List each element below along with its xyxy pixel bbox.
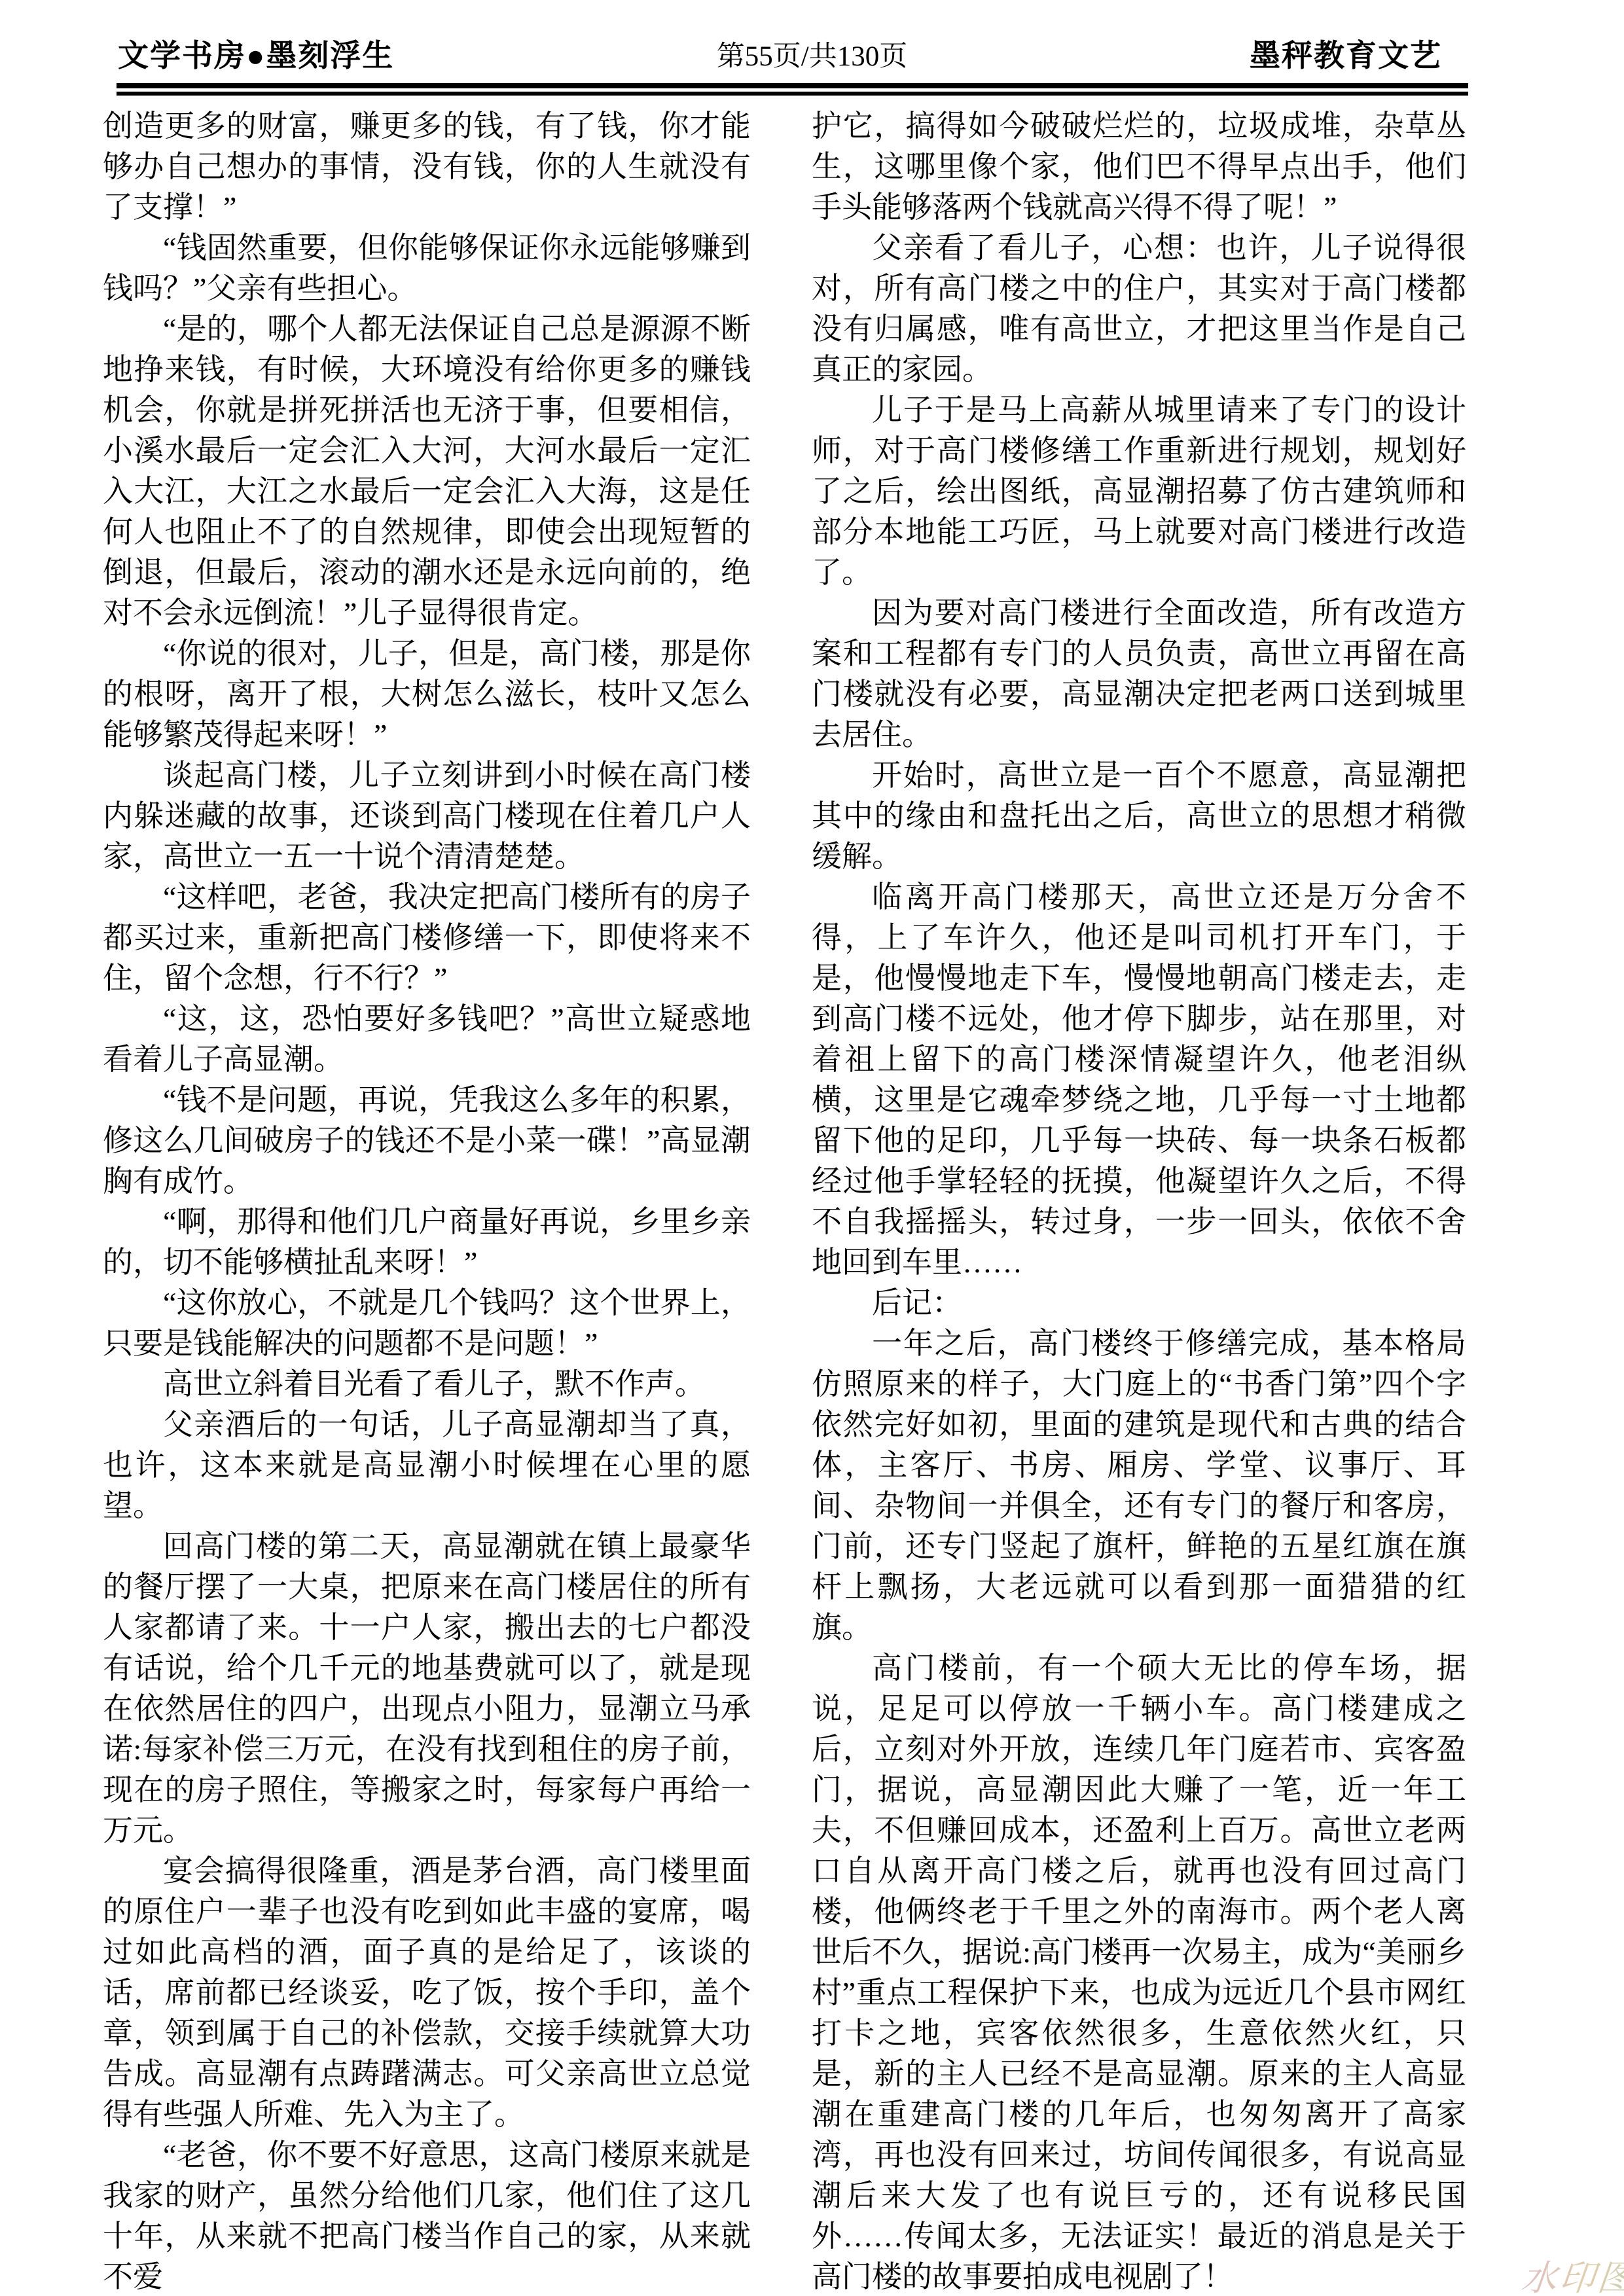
paragraph: “这样吧，老爸，我决定把高门楼所有的房子都买过来，重新把高门楼修缮一下，即使将来… — [103, 877, 751, 999]
paragraph: “老爸，你不要不好意思，这高门楼原来就是我家的财产，虽然分给他们几家，他们住了这… — [103, 2135, 751, 2296]
paragraph: 儿子于是马上高薪从城里请来了专门的设计师，对于高门楼修缮工作重新进行规划，规划好… — [812, 390, 1466, 593]
paragraph: 宴会搞得很隆重，酒是茅台酒，高门楼里面的原住户一辈子也没有吃到如此丰盛的宴席，喝… — [103, 1851, 751, 2135]
paragraph: 高世立斜着目光看了看儿子，默不作声。 — [103, 1364, 751, 1405]
text-column-right: 护它，搞得如今破破烂烂的，垃圾成堆，杂草丛生，这哪里像个家，他们巴不得早点出手，… — [812, 106, 1466, 2296]
paragraph: 谈起高门楼，儿子立刻讲到小时候在高门楼内躲迷藏的故事，还谈到高门楼现在住着几户人… — [103, 755, 751, 877]
paragraph: 父亲酒后的一句话，儿子高显潮却当了真，也许，这本来就是高显潮小时候埋在心里的愿望… — [103, 1405, 751, 1526]
paragraph: 一年之后，高门楼终于修缮完成，基本格局仿照原来的样子，大门庭上的“书香门第”四个… — [812, 1323, 1466, 1648]
paragraph: “钱不是问题，再说，凭我这么多年的积累，修这么几间破房子的钱还不是小菜一碟！”高… — [103, 1080, 751, 1202]
paragraph: 回高门楼的第二天，高显潮就在镇上最豪华的餐厅摆了一大桌，把原来在高门楼居住的所有… — [103, 1526, 751, 1851]
paragraph: “啊，那得和他们几户商量好再说，乡里乡亲的，切不能够横扯乱来呀！” — [103, 1202, 751, 1283]
paragraph: “钱固然重要，但你能够保证你永远能够赚到钱吗？”父亲有些担心。 — [103, 228, 751, 309]
paragraph: 创造更多的财富，赚更多的钱，有了钱，你才能够办自己想办的事情，没有钱，你的人生就… — [103, 106, 751, 228]
paragraph: 父亲看了看儿子，心想：也许，儿子说得很对，所有高门楼之中的住户，其实对于高门楼都… — [812, 228, 1466, 390]
watermark: 水印图片 — [1519, 2250, 1624, 2296]
text-column-left: 创造更多的财富，赚更多的钱，有了钱，你才能够办自己想办的事情，没有钱，你的人生就… — [103, 106, 751, 2296]
header-publication-title: 墨秤教育文艺 — [1250, 31, 1442, 75]
paragraph: “你说的很对，儿子，但是，高门楼，那是你的根呀，离开了根，大树怎么滋长，枝叶又怎… — [103, 634, 751, 755]
paragraph: 后记： — [812, 1283, 1466, 1323]
paragraph: 临离开高门楼那天，高世立还是万分舍不得，上了车许久，他还是叫司机打开车门，于是，… — [812, 877, 1466, 1283]
header-divider-double-rule — [117, 83, 1468, 96]
magazine-page: 文学书房●墨刻浮生 第55页/共130页 墨秤教育文艺 创造更多的财富，赚更多的… — [0, 0, 1624, 2296]
paragraph: 高门楼前，有一个硕大无比的停车场，据说，足足可以停放一千辆小车。高门楼建成之后，… — [812, 1648, 1466, 2296]
paragraph: 开始时，高世立是一百个不愿意，高显潮把其中的缘由和盘托出之后，高世立的思想才稍微… — [812, 755, 1466, 877]
paragraph: “这你放心，不就是几个钱吗？这个世界上，只要是钱能解决的问题都不是问题！” — [103, 1283, 751, 1364]
paragraph: “是的，哪个人都无法保证自己总是源源不断地挣来钱，有时候，大环境没有给你更多的赚… — [103, 309, 751, 634]
paragraph: 因为要对高门楼进行全面改造，所有改造方案和工程都有专门的人员负责，高世立再留在高… — [812, 593, 1466, 755]
paragraph: 护它，搞得如今破破烂烂的，垃圾成堆，杂草丛生，这哪里像个家，他们巴不得早点出手，… — [812, 106, 1466, 228]
paragraph: “这，这，恐怕要好多钱吧？”高世立疑惑地看着儿子高显潮。 — [103, 999, 751, 1080]
